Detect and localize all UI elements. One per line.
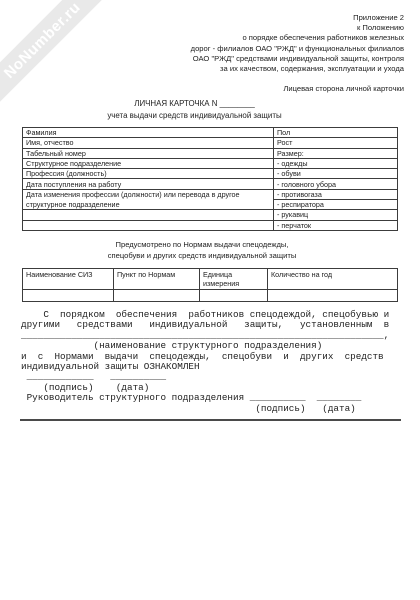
info-label-cell: Дата изменения профессии (должности) или… bbox=[23, 189, 274, 210]
norms-header-cell: Пункт по Нормам bbox=[114, 269, 200, 290]
page-side-label: Лицевая сторона личной карточки bbox=[283, 84, 404, 93]
norms-header-cell: Наименование СИЗ bbox=[23, 269, 114, 290]
appendix-line: дорог - филиалов ОАО "РЖД" и функциональ… bbox=[191, 44, 404, 54]
watermark-band: NoNumber.ru bbox=[0, 0, 104, 102]
info-label-cell: Табельный номер bbox=[23, 148, 274, 158]
info-label-cell-empty bbox=[23, 210, 274, 220]
table-row: Структурное подразделение - одежды bbox=[23, 158, 398, 168]
table-row: - перчаток bbox=[23, 220, 398, 230]
table-row: - рукавиц bbox=[23, 210, 398, 220]
appendix-line: за их качеством, содержания, эксплуатаци… bbox=[191, 64, 404, 74]
table-row: Дата изменения профессии (должности) или… bbox=[23, 189, 398, 199]
employee-info-table: Фамилия Пол Имя, отчество Рост Табельный… bbox=[22, 127, 398, 231]
bottom-divider bbox=[20, 419, 401, 421]
norms-header-cell: Единица измерения bbox=[200, 269, 268, 290]
norms-empty-cell bbox=[268, 290, 398, 302]
info-label-cell: Имя, отчество bbox=[23, 138, 274, 148]
info-value-cell: Рост bbox=[274, 138, 398, 148]
info-value-cell: Пол bbox=[274, 128, 398, 138]
info-value-cell: - рукавиц bbox=[274, 210, 398, 220]
card-title: ЛИЧНАЯ КАРТОЧКА N ________ учета выдачи … bbox=[22, 98, 367, 121]
norms-caption-line1: Предусмотрено по Нормам выдачи спецодежд… bbox=[22, 240, 382, 251]
info-value-cell: - одежды bbox=[274, 158, 398, 168]
info-label-cell: Дата поступления на работу bbox=[23, 179, 274, 189]
info-value-cell: - перчаток bbox=[274, 220, 398, 230]
info-label-cell-empty bbox=[23, 220, 274, 230]
norms-empty-cell bbox=[114, 290, 200, 302]
norms-empty-cell bbox=[200, 290, 268, 302]
card-title-line1: ЛИЧНАЯ КАРТОЧКА N ________ bbox=[22, 98, 367, 110]
info-label-cell: Профессия (должность) bbox=[23, 169, 274, 179]
norms-caption-line2: спецобуви и других средств индивидуально… bbox=[22, 251, 382, 262]
info-value-cell: - противогаза bbox=[274, 189, 398, 199]
info-value-cell: - головного убора bbox=[274, 179, 398, 189]
table-row: Профессия (должность) - обуви bbox=[23, 169, 398, 179]
acknowledgment-block: С порядком обеспечения работников спецод… bbox=[21, 310, 389, 414]
info-label-cell: Фамилия bbox=[23, 128, 274, 138]
table-row: Фамилия Пол bbox=[23, 128, 398, 138]
norms-empty-cell bbox=[23, 290, 114, 302]
norms-caption: Предусмотрено по Нормам выдачи спецодежд… bbox=[22, 240, 382, 261]
norms-header-row: Наименование СИЗ Пункт по Нормам Единица… bbox=[23, 269, 398, 290]
appendix-line: к Положению bbox=[191, 23, 404, 33]
table-row: Дата поступления на работу - головного у… bbox=[23, 179, 398, 189]
document-page: NoNumber.ru Приложение 2 к Положению о п… bbox=[0, 0, 420, 600]
norms-table: Наименование СИЗ Пункт по Нормам Единица… bbox=[22, 268, 398, 302]
appendix-line: ОАО "РЖД" средствами индивидуальной защи… bbox=[191, 54, 404, 64]
card-title-line2: учета выдачи средств индивидуальной защи… bbox=[22, 110, 367, 122]
appendix-header: Приложение 2 к Положению о порядке обесп… bbox=[191, 13, 404, 74]
info-label-cell: Структурное подразделение bbox=[23, 158, 274, 168]
info-value-cell: Размер: bbox=[274, 148, 398, 158]
norms-header-cell: Количество на год bbox=[268, 269, 398, 290]
table-row: Имя, отчество Рост bbox=[23, 138, 398, 148]
appendix-line: о порядке обеспечения работников железны… bbox=[191, 33, 404, 43]
appendix-line: Приложение 2 bbox=[191, 13, 404, 23]
table-row: Табельный номер Размер: bbox=[23, 148, 398, 158]
info-value-cell: - обуви bbox=[274, 169, 398, 179]
info-value-cell: - респиратора bbox=[274, 200, 398, 210]
watermark-text: NoNumber.ru bbox=[0, 0, 83, 82]
norms-empty-row bbox=[23, 290, 398, 302]
